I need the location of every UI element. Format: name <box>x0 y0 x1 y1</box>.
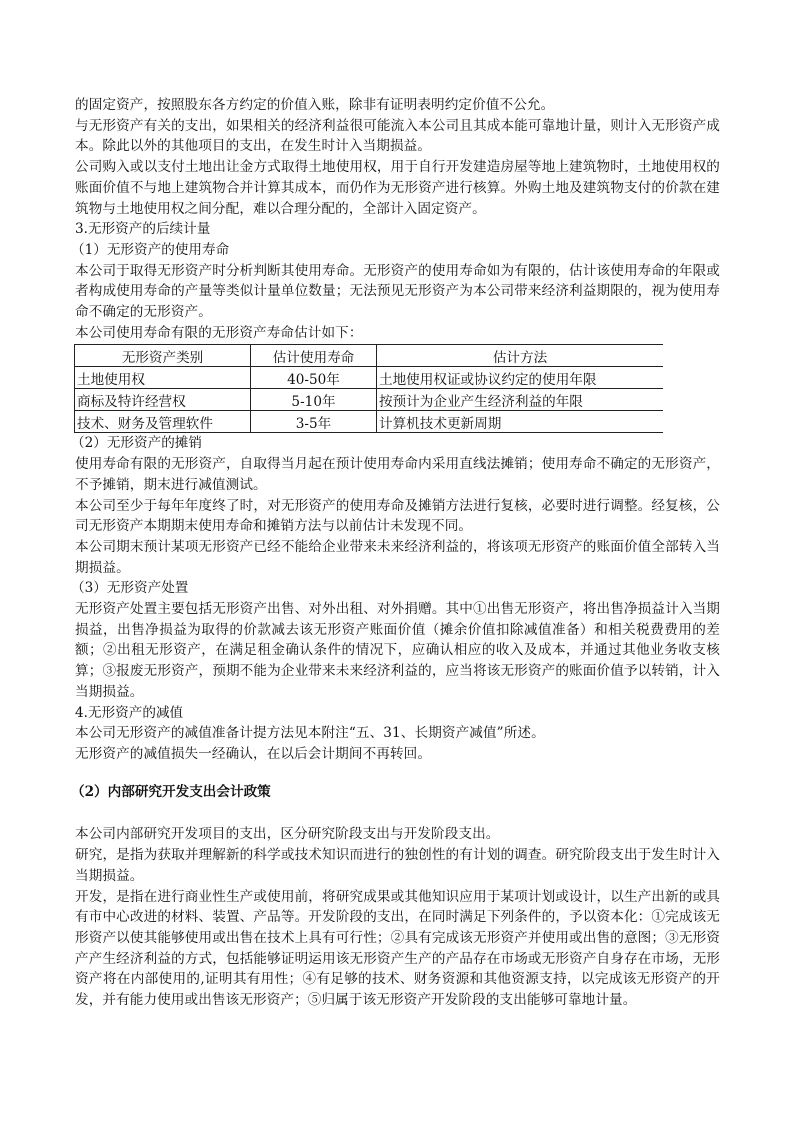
section-heading-rd-policy: （2）内部研究开发支出会计政策 <box>71 782 720 803</box>
spacer <box>75 765 720 782</box>
paragraph-useful-life: 本公司于取得无形资产时分析判断其使用寿命。无形资产的使用寿命如为有限的，估计该使… <box>75 261 720 323</box>
table-cell-life: 40-50年 <box>251 367 377 389</box>
section-heading-subsequent-measurement: 3.无形资产的后续计量 <box>75 219 720 240</box>
paragraph-impairment-method: 本公司无形资产的减值准备计提方法见本附注“五、31、长期资产减值”所述。 <box>75 723 720 744</box>
paragraph-annual-review: 本公司至少于每年年度终了时，对无形资产的使用寿命及摊销方法进行复核，必要时进行调… <box>75 496 720 537</box>
subheading-amortization: （2）无形资产的摊销 <box>71 433 720 454</box>
table-row: 商标及特许经营权 5-10年 按预计为企业产生经济利益的年限 <box>75 389 664 411</box>
table-row: 技术、财务及管理软件 3-5年 计算机技术更新周期 <box>75 411 664 433</box>
table-header-category: 无形资产类别 <box>75 345 251 367</box>
table-row: 土地使用权 40-50年 土地使用权证或协议约定的使用年限 <box>75 367 664 389</box>
table-cell-method: 土地使用权证或协议约定的使用年限 <box>377 367 664 389</box>
table-cell-category: 土地使用权 <box>75 367 251 389</box>
paragraph-fixed-assets-tail: 的固定资产，按照股东各方约定的价值入账，除非有证明表明约定价值不公允。 <box>75 95 720 116</box>
table-cell-life: 3-5年 <box>251 411 377 433</box>
spacer <box>75 802 720 824</box>
section-heading-impairment: 4.无形资产的减值 <box>75 703 720 724</box>
paragraph-write-off: 本公司期末预计某项无形资产已经不能给企业带来未来经济利益的，将该项无形资产的账面… <box>75 537 720 578</box>
table-cell-life: 5-10年 <box>251 389 377 411</box>
paragraph-disposal: 无形资产处置主要包括无形资产出售、对外出租、对外捐赠。其中①出售无形资产，将出售… <box>75 599 720 703</box>
paragraph-research: 研究，是指为获取并理解新的科学或技术知识而进行的独创性的有计划的调查。研究阶段支… <box>75 845 720 886</box>
paragraph-impairment-no-reversal: 无形资产的减值损失一经确认，在以后会计期间不再转回。 <box>75 744 720 765</box>
table-cell-method: 按预计为企业产生经济利益的年限 <box>377 389 664 411</box>
paragraph-rd-intro: 本公司内部研究开发项目的支出，区分研究阶段支出与开发阶段支出。 <box>75 824 720 845</box>
paragraph-development: 开发，是指在进行商业性生产或使用前，将研究成果或其他知识应用于某项计划或设计，以… <box>75 887 720 1011</box>
table-cell-category: 商标及特许经营权 <box>75 389 251 411</box>
paragraph-amortization-method: 使用寿命有限的无形资产，自取得当月起在预计使用寿命内采用直线法摊销；使用寿命不确… <box>75 454 720 495</box>
table-header-life: 估计使用寿命 <box>251 345 377 367</box>
paragraph-intangible-expenditure: 与无形资产有关的支出，如果相关的经济利益很可能流入本公司且其成本能可靠地计量，则… <box>75 116 720 157</box>
table-header-row: 无形资产类别 估计使用寿命 估计方法 <box>75 345 664 367</box>
table-header-method: 估计方法 <box>377 345 664 367</box>
paragraph-land-use-rights: 公司购入或以支付土地出让金方式取得土地使用权，用于自行开发建造房屋等地上建筑物时… <box>75 157 720 219</box>
subheading-disposal: （3）无形资产处置 <box>71 578 720 599</box>
paragraph-table-intro: 本公司使用寿命有限的无形资产寿命估计如下： <box>75 323 720 344</box>
document-page: 的固定资产，按照股东各方约定的价值入账，除非有证明表明约定价值不公允。 与无形资… <box>75 95 720 1011</box>
table-cell-category: 技术、财务及管理软件 <box>75 411 251 433</box>
table-cell-method: 计算机技术更新周期 <box>377 411 664 433</box>
useful-life-table: 无形资产类别 估计使用寿命 估计方法 土地使用权 40-50年 土地使用权证或协… <box>74 344 663 433</box>
subheading-useful-life: （1）无形资产的使用寿命 <box>71 240 720 261</box>
